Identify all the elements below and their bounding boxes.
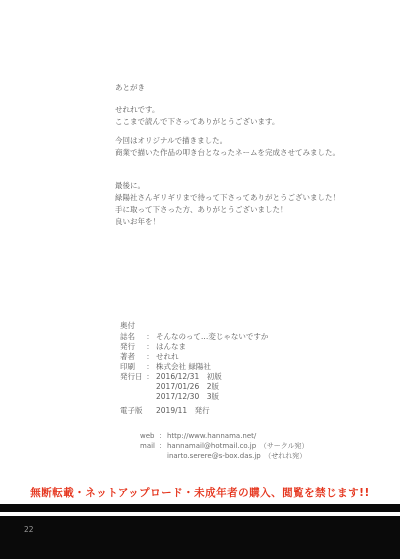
colophon-separator: ： (144, 332, 156, 342)
email-address-text: hannamail@hotmail.co.jp （サークル宛） (167, 441, 309, 451)
colophon-label (120, 392, 144, 402)
afterword-line: せれれです。 (115, 104, 279, 116)
contact-separator (158, 451, 167, 461)
colophon-row-second-edition: 2017/01/26 2版 (120, 382, 268, 392)
colophon-separator (144, 382, 156, 392)
afterword-line: 今回はオリジナルで描きました。 (115, 135, 340, 147)
afterword-paragraph-closing: 最後に。 緑陽社さんギリギリまで待って下さってありがとうございました！ 手に取っ… (115, 180, 340, 228)
afterword-line: 良いお年を！ (115, 216, 340, 228)
contact-separator: ： (158, 441, 167, 451)
contact-label: web (140, 431, 158, 441)
colophon-label: 電子版 (120, 406, 144, 416)
colophon-row-author: 著者 ： せれれ (120, 352, 268, 362)
colophon-row-publisher: 発行 ： はんなま (120, 342, 268, 352)
afterword-line: 手に取って下さった方、ありがとうございました！ (115, 204, 340, 216)
reproduction-warning-text: 無断転載・ネットアップロード・未成年者の購入、閲覧を禁じます!! (0, 485, 400, 500)
page-number: 22 (24, 525, 34, 534)
contact-label (140, 451, 158, 461)
colophon-label (120, 382, 144, 392)
colophon-row-printer: 印刷 ： 株式会社 緑陽社 (120, 362, 268, 372)
colophon-table: 誌名 ： そんなのって…変じゃないですか 発行 ： はんなま 著者 ： せれれ … (120, 332, 268, 402)
contact-row-mail-circle: mail ： hannamail@hotmail.co.jp （サークル宛） (140, 441, 309, 451)
contact-separator: ： (158, 431, 167, 441)
colophon-separator (144, 392, 156, 402)
bottom-black-band: 22 (0, 516, 400, 559)
afterword-paragraph-about-work: 今回はオリジナルで描きました。 商業で描いた作品の叩き台となったネームを完成させ… (115, 135, 340, 159)
divider-bar (0, 504, 400, 512)
colophon-separator (144, 406, 156, 416)
colophon-value: はんなま (156, 342, 186, 352)
afterword-line: 最後に。 (115, 180, 340, 192)
contact-row-mail-author: inarto.serere@s-box.das.jp （せれれ宛） (140, 451, 309, 461)
colophon-row-third-edition: 2017/12/30 3版 (120, 392, 268, 402)
colophon-value: せれれ (156, 352, 179, 362)
colophon-label: 著者 (120, 352, 144, 362)
colophon-value: 2016/12/31 初版 (156, 372, 222, 382)
colophon-value: 2017/12/30 3版 (156, 392, 219, 402)
colophon-row-title: 誌名 ： そんなのって…変じゃないですか (120, 332, 268, 342)
colophon-label: 発行日 (120, 372, 144, 382)
contact-row-web: web ： http://www.hannama.net/ (140, 431, 309, 441)
colophon-value: 株式会社 緑陽社 (156, 362, 211, 372)
afterword-heading: あとがき (115, 82, 145, 94)
afterword-line: 緑陽社さんギリギリまで待って下さってありがとうございました！ (115, 192, 340, 204)
colophon-value: 2019/11 発行 (156, 406, 210, 416)
afterword-paragraph-greeting: せれれです。 ここまで読んで下さってありがとうございます。 (115, 104, 279, 128)
colophon-value: そんなのって…変じゃないですか (156, 332, 268, 342)
colophon-label: 発行 (120, 342, 144, 352)
colophon-separator: ： (144, 362, 156, 372)
colophon-separator: ： (144, 352, 156, 362)
colophon-separator: ： (144, 372, 156, 382)
doujinshi-afterword-page: あとがき せれれです。 ここまで読んで下さってありがとうございます。 今回はオリ… (0, 0, 400, 559)
colophon-heading: 奥付 (120, 320, 135, 332)
colophon-label: 誌名 (120, 332, 144, 342)
website-url-text: http://www.hannama.net/ (167, 431, 256, 441)
colophon-label: 印刷 (120, 362, 144, 372)
colophon-row-publish-date: 発行日 ： 2016/12/31 初版 (120, 372, 268, 382)
email-address-text: inarto.serere@s-box.das.jp （せれれ宛） (167, 451, 306, 461)
afterword-line: 商業で描いた作品の叩き台となったネームを完成させてみました。 (115, 147, 340, 159)
contact-label: mail (140, 441, 158, 451)
colophon-value: 2017/01/26 2版 (156, 382, 219, 392)
colophon-separator: ： (144, 342, 156, 352)
colophon-row-digital-edition: 電子版 2019/11 発行 (120, 406, 210, 416)
contact-block: web ： http://www.hannama.net/ mail ： han… (140, 431, 309, 461)
afterword-line: ここまで読んで下さってありがとうございます。 (115, 116, 279, 128)
